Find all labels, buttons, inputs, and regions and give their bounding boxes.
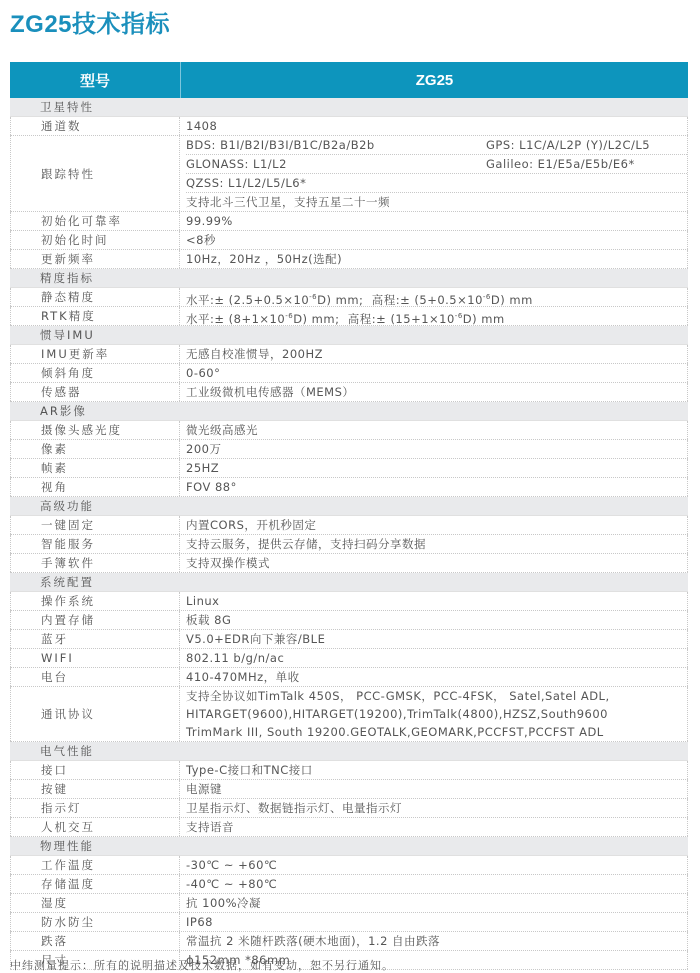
row-value: 99.99%	[180, 212, 688, 230]
vertical-precision: 高程:± (5+0.5×10	[372, 293, 483, 307]
table-row: 帧素25HZ	[10, 459, 688, 478]
row-value: 水平:± (8+1×10-6D) mm; 高程:± (15+1×10-6D) m…	[180, 307, 688, 325]
vertical-precision: 高程:± (15+1×10	[348, 312, 455, 326]
table-row: 指示灯卫星指示灯、数据链指示灯、电量指示灯	[10, 799, 688, 818]
row-label: RTK精度	[10, 307, 180, 325]
unit: D) mm	[491, 293, 533, 307]
table-row: 蓝牙V5.0+EDR向下兼容/BLE	[10, 630, 688, 649]
exponent: -6	[455, 312, 463, 320]
section-label: 物理性能	[10, 837, 94, 855]
section-label: 卫星特性	[10, 98, 94, 116]
row-value: 内置CORS，开机秒固定	[180, 516, 688, 534]
table-row: 更新频率10Hz，20Hz ，50Hz(选配)	[10, 250, 688, 269]
row-label: 人机交互	[10, 818, 180, 836]
table-row: 视角FOV 88°	[10, 478, 688, 497]
row-label: 初始化时间	[10, 231, 180, 249]
section-label: 高级功能	[10, 497, 94, 515]
table-row: 工作温度-30℃ ~ +60℃	[10, 856, 688, 875]
section-label: 电气性能	[10, 742, 94, 760]
protocol-line: HITARGET(9600),HITARGET(19200),TrimTalk(…	[186, 705, 687, 723]
row-value: 0-60°	[180, 364, 688, 382]
row-label: 传感器	[10, 383, 180, 401]
section-electrical: 电气性能	[10, 742, 688, 761]
row-value: Linux	[180, 592, 688, 610]
table-row: 按键电源键	[10, 780, 688, 799]
exponent: -6	[285, 312, 293, 320]
row-label: 帧素	[10, 459, 180, 477]
header-model-label: 型号	[10, 62, 181, 98]
row-label: 内置存储	[10, 611, 180, 629]
row-value: 10Hz，20Hz ，50Hz(选配)	[180, 250, 688, 268]
row-value: 200万	[180, 440, 688, 458]
row-value: 水平:± (2.5+0.5×10-6D) mm; 高程:± (5+0.5×10-…	[180, 288, 688, 306]
row-label: 电台	[10, 668, 180, 686]
row-label: 接口	[10, 761, 180, 779]
row-value: IP68	[180, 913, 688, 931]
row-value: 微光级高感光	[180, 421, 688, 439]
protocol-line: TrimMark III, South 19200.GEOTALK,GEOMAR…	[186, 723, 687, 741]
row-label: IMU更新率	[10, 345, 180, 363]
table-row: 通道数1408	[10, 117, 688, 136]
section-ar: AR影像	[10, 402, 688, 421]
table-row: 操作系统Linux	[10, 592, 688, 611]
protocol-line: 支持全协议如TimTalk 450S， PCC-GMSK，PCC-4FSK， S…	[186, 687, 687, 705]
table-header: 型号 ZG25	[10, 62, 688, 98]
table-row: 防水防尘IP68	[10, 913, 688, 932]
table-row: WIFI802.11 b/g/n/ac	[10, 649, 688, 668]
section-label: AR影像	[10, 402, 87, 420]
row-label: 更新频率	[10, 250, 180, 268]
row-label: 存储温度	[10, 875, 180, 893]
row-value: 电源键	[180, 780, 688, 798]
row-value: 802.11 b/g/n/ac	[180, 649, 688, 667]
table-row: 接口Type-C接口和TNC接口	[10, 761, 688, 780]
section-satellite: 卫星特性	[10, 98, 688, 117]
row-label: 初始化可靠率	[10, 212, 180, 230]
row-value: Type-C接口和TNC接口	[180, 761, 688, 779]
section-precision: 精度指标	[10, 269, 688, 288]
unit: D) mm;	[293, 312, 339, 326]
row-label: 跌落	[10, 932, 180, 950]
section-label: 精度指标	[10, 269, 94, 287]
table-row: 跌落常温抗 2 米随杆跌落(硬木地面)，1.2 自由跌落	[10, 932, 688, 951]
row-label: 工作温度	[10, 856, 180, 874]
section-label: 惯导IMU	[10, 326, 95, 344]
table-row: 手簿软件支持双操作模式	[10, 554, 688, 573]
spec-table: 型号 ZG25 卫星特性 通道数1408 跟踪特性 BDS: B1I/B2I/B…	[10, 62, 688, 970]
row-label: 通讯协议	[10, 687, 180, 741]
row-label: 操作系统	[10, 592, 180, 610]
row-label: 手簿软件	[10, 554, 180, 572]
horizontal-precision: 水平:± (8+1×10	[186, 312, 285, 326]
row-value: 支持全协议如TimTalk 450S， PCC-GMSK，PCC-4FSK， S…	[180, 687, 688, 741]
row-label: 防水防尘	[10, 913, 180, 931]
row-label: 倾斜角度	[10, 364, 180, 382]
row-label: 跟踪特性	[10, 136, 180, 211]
row-label: 静态精度	[10, 288, 180, 306]
row-value: 支持云服务，提供云存储，支持扫码分享数据	[180, 535, 688, 553]
row-value: 抗 100%冷凝	[180, 894, 688, 912]
row-label: 指示灯	[10, 799, 180, 817]
row-label: 像素	[10, 440, 180, 458]
horizontal-precision: 水平:± (2.5+0.5×10	[186, 293, 309, 307]
table-row: 传感器工业级微机电传感器（MEMS）	[10, 383, 688, 402]
table-row: 初始化时间<8秒	[10, 231, 688, 250]
section-advanced: 高级功能	[10, 497, 688, 516]
row-label: 湿度	[10, 894, 180, 912]
disclaimer-note: 中纬测量提示：所有的说明描述及技术数据，如有变动，恕不另行通知。	[10, 957, 394, 973]
row-value: -30℃ ~ +60℃	[180, 856, 688, 874]
table-row-protocol: 通讯协议 支持全协议如TimTalk 450S， PCC-GMSK，PCC-4F…	[10, 687, 688, 742]
row-value: 卫星指示灯、数据链指示灯、电量指示灯	[180, 799, 688, 817]
row-value: 板载 8G	[180, 611, 688, 629]
glonass-bands: GLONASS: L1/L2	[186, 155, 486, 173]
gps-bands: GPS: L1C/A/L2P (Y)/L2C/L5	[486, 136, 650, 154]
row-value: 410-470MHz，单收	[180, 668, 688, 686]
table-row: 倾斜角度0-60°	[10, 364, 688, 383]
exponent: -6	[309, 293, 317, 301]
table-row: 初始化可靠率99.99%	[10, 212, 688, 231]
row-label: WIFI	[10, 649, 180, 667]
table-row: 电台410-470MHz，单收	[10, 668, 688, 687]
qzss-bands: QZSS: L1/L2/L5/L6*	[186, 174, 687, 193]
table-row: 静态精度 水平:± (2.5+0.5×10-6D) mm; 高程:± (5+0.…	[10, 288, 688, 307]
table-row-tracking: 跟踪特性 BDS: B1I/B2I/B3I/B1C/B2a/B2bGPS: L1…	[10, 136, 688, 212]
row-label: 摄像头感光度	[10, 421, 180, 439]
row-value: <8秒	[180, 231, 688, 249]
table-row: 一键固定内置CORS，开机秒固定	[10, 516, 688, 535]
table-row: 人机交互支持语音	[10, 818, 688, 837]
table-row: 存储温度-40℃ ~ +80℃	[10, 875, 688, 894]
table-row: 内置存储板载 8G	[10, 611, 688, 630]
galileo-bands: Galileo: E1/E5a/E5b/E6*	[486, 155, 635, 173]
row-value: 无感自校准惯导，200HZ	[180, 345, 688, 363]
row-value: FOV 88°	[180, 478, 688, 496]
row-value: 常温抗 2 米随杆跌落(硬木地面)，1.2 自由跌落	[180, 932, 688, 950]
page-title: ZG25技术指标	[10, 4, 170, 39]
tracking-note: 支持北斗三代卫星，支持五星二十一频	[186, 193, 687, 211]
section-imu: 惯导IMU	[10, 326, 688, 345]
header-model-value: ZG25	[181, 62, 688, 98]
exponent: -6	[483, 293, 491, 301]
unit: D) mm;	[317, 293, 363, 307]
row-label: 视角	[10, 478, 180, 496]
section-physical: 物理性能	[10, 837, 688, 856]
row-label: 通道数	[10, 117, 180, 135]
table-row: 湿度抗 100%冷凝	[10, 894, 688, 913]
row-value: BDS: B1I/B2I/B3I/B1C/B2a/B2bGPS: L1C/A/L…	[180, 136, 688, 211]
table-row: IMU更新率无感自校准惯导，200HZ	[10, 345, 688, 364]
row-label: 蓝牙	[10, 630, 180, 648]
row-value: 支持双操作模式	[180, 554, 688, 572]
section-system: 系统配置	[10, 573, 688, 592]
row-value: 工业级微机电传感器（MEMS）	[180, 383, 688, 401]
table-row: 摄像头感光度微光级高感光	[10, 421, 688, 440]
table-row: RTK精度 水平:± (8+1×10-6D) mm; 高程:± (15+1×10…	[10, 307, 688, 326]
row-value: 1408	[180, 117, 688, 135]
row-value: 25HZ	[180, 459, 688, 477]
row-value: 支持语音	[180, 818, 688, 836]
row-label: 智能服务	[10, 535, 180, 553]
row-value: V5.0+EDR向下兼容/BLE	[180, 630, 688, 648]
table-row: 智能服务支持云服务，提供云存储，支持扫码分享数据	[10, 535, 688, 554]
unit: D) mm	[463, 312, 505, 326]
row-label: 一键固定	[10, 516, 180, 534]
table-row: 像素200万	[10, 440, 688, 459]
bds-bands: BDS: B1I/B2I/B3I/B1C/B2a/B2b	[186, 136, 486, 154]
section-label: 系统配置	[10, 573, 94, 591]
row-value: -40℃ ~ +80℃	[180, 875, 688, 893]
row-label: 按键	[10, 780, 180, 798]
